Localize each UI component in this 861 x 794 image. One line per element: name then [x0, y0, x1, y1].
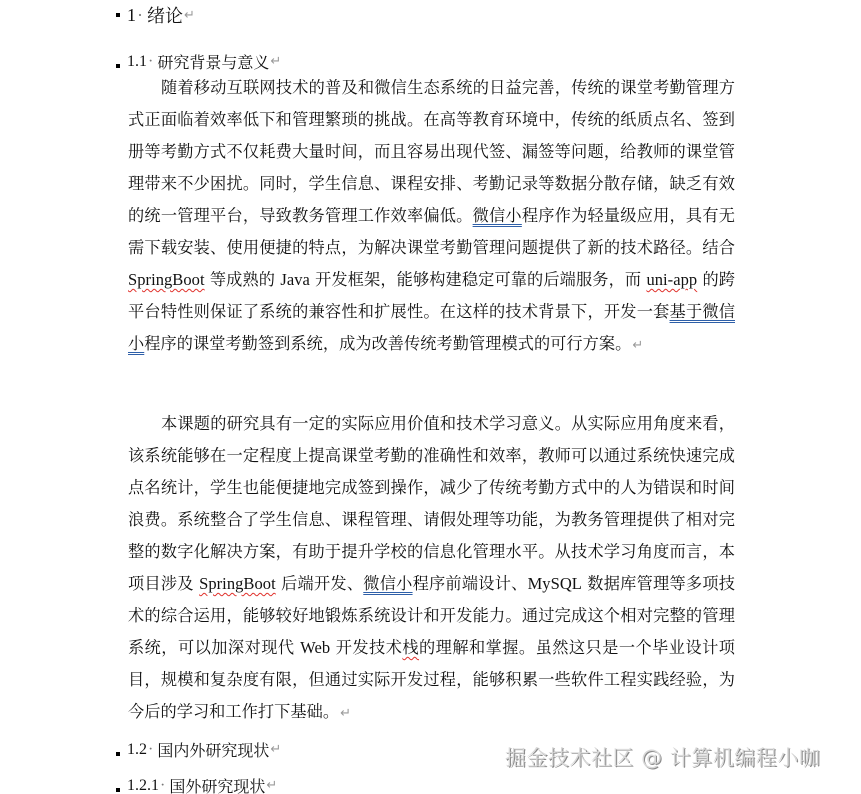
heading-number-text: 1.1	[127, 53, 147, 70]
heading-number-text: 1	[127, 5, 136, 25]
text-run: 等成熟的	[205, 270, 281, 289]
heading-1-2-1[interactable]: 1.2.1· 国外研究现状 ↵	[116, 774, 277, 794]
paragraph-mark-icon: ↵	[632, 338, 643, 353]
paragraph-mark-icon: ↵	[340, 706, 351, 721]
text-run: 后端开发、	[276, 574, 364, 593]
text-run: MySQL	[528, 574, 582, 593]
text-run: 程序前端设计、	[413, 574, 528, 593]
text-run: Web	[300, 638, 330, 657]
heading-number-text: 1.2.1	[127, 777, 159, 794]
heading-1-2[interactable]: 1.2· 国内外研究现状 ↵	[116, 738, 281, 761]
paragraph-mark-icon: ↵	[270, 54, 281, 69]
spellcheck-flagged-text[interactable]: SpringBoot	[199, 574, 276, 593]
heading-number-text: 1.2	[127, 741, 147, 758]
document-page[interactable]: 1· 绪论 ↵ 1.1· 研究背景与意义 ↵ 随着移动互联网技术的普及和微信生态…	[0, 0, 861, 794]
spellcheck-flagged-text[interactable]: SpringBoot	[128, 270, 205, 289]
text-run: 随着移动互联网技术的普及和微信生态系统的日益完善，传统的课堂考勤管理方式正面临着…	[128, 78, 735, 225]
paragraph-mark-icon: ↵	[266, 778, 277, 793]
heading-number: 1.2.1·	[127, 777, 165, 794]
list-bullet-icon	[116, 13, 120, 17]
list-bullet-icon	[116, 788, 120, 792]
number-separator: ·	[148, 741, 153, 758]
spellcheck-flagged-text[interactable]: 栈	[402, 638, 419, 657]
paragraph-mark-icon: ↵	[184, 8, 195, 23]
heading-title: 国内外研究现状	[157, 738, 269, 761]
body-paragraph-2[interactable]: 本课题的研究具有一定的实际应用价值和技术学习意义。从实际应用角度来看，该系统能够…	[128, 408, 735, 730]
heading-number: 1·	[127, 5, 143, 26]
grammar-flagged-text[interactable]: 微信小	[363, 574, 412, 593]
text-run: 本课题的研究具有一定的实际应用价值和技术学习意义。从实际应用角度来看，该系统能够…	[128, 414, 735, 593]
text-run: 开发技术	[330, 638, 402, 657]
paragraph-mark-icon: ↵	[270, 742, 281, 757]
number-separator: ·	[148, 53, 153, 70]
text-run: Java	[280, 270, 310, 289]
heading-title: 研究背景与意义	[157, 50, 269, 73]
grammar-flagged-text[interactable]: 微信小	[473, 206, 522, 225]
heading-number: 1.1·	[127, 53, 153, 71]
heading-1-1[interactable]: 1.1· 研究背景与意义 ↵	[116, 50, 281, 73]
heading-number: 1.2·	[127, 741, 153, 759]
text-run: 程序的课堂考勤签到系统，成为改善传统考勤管理模式的可行方案。	[144, 334, 631, 353]
watermark: 掘金技术社区 @ 计算机编程小咖	[505, 742, 820, 772]
heading-title: 国外研究现状	[169, 774, 265, 794]
list-bullet-icon	[116, 752, 120, 756]
list-bullet-icon	[116, 64, 120, 68]
number-separator: ·	[160, 777, 165, 794]
spellcheck-flagged-text[interactable]: uni-app	[646, 270, 697, 289]
text-run: 开发框架，能够构建稳定可靠的后端服务，而	[310, 270, 647, 289]
heading-title: 绪论	[147, 2, 183, 28]
body-paragraph-1[interactable]: 随着移动互联网技术的普及和微信生态系统的日益完善，传统的课堂考勤管理方式正面临着…	[128, 72, 735, 362]
heading-1[interactable]: 1· 绪论 ↵	[116, 2, 195, 28]
number-separator: ·	[137, 5, 143, 25]
